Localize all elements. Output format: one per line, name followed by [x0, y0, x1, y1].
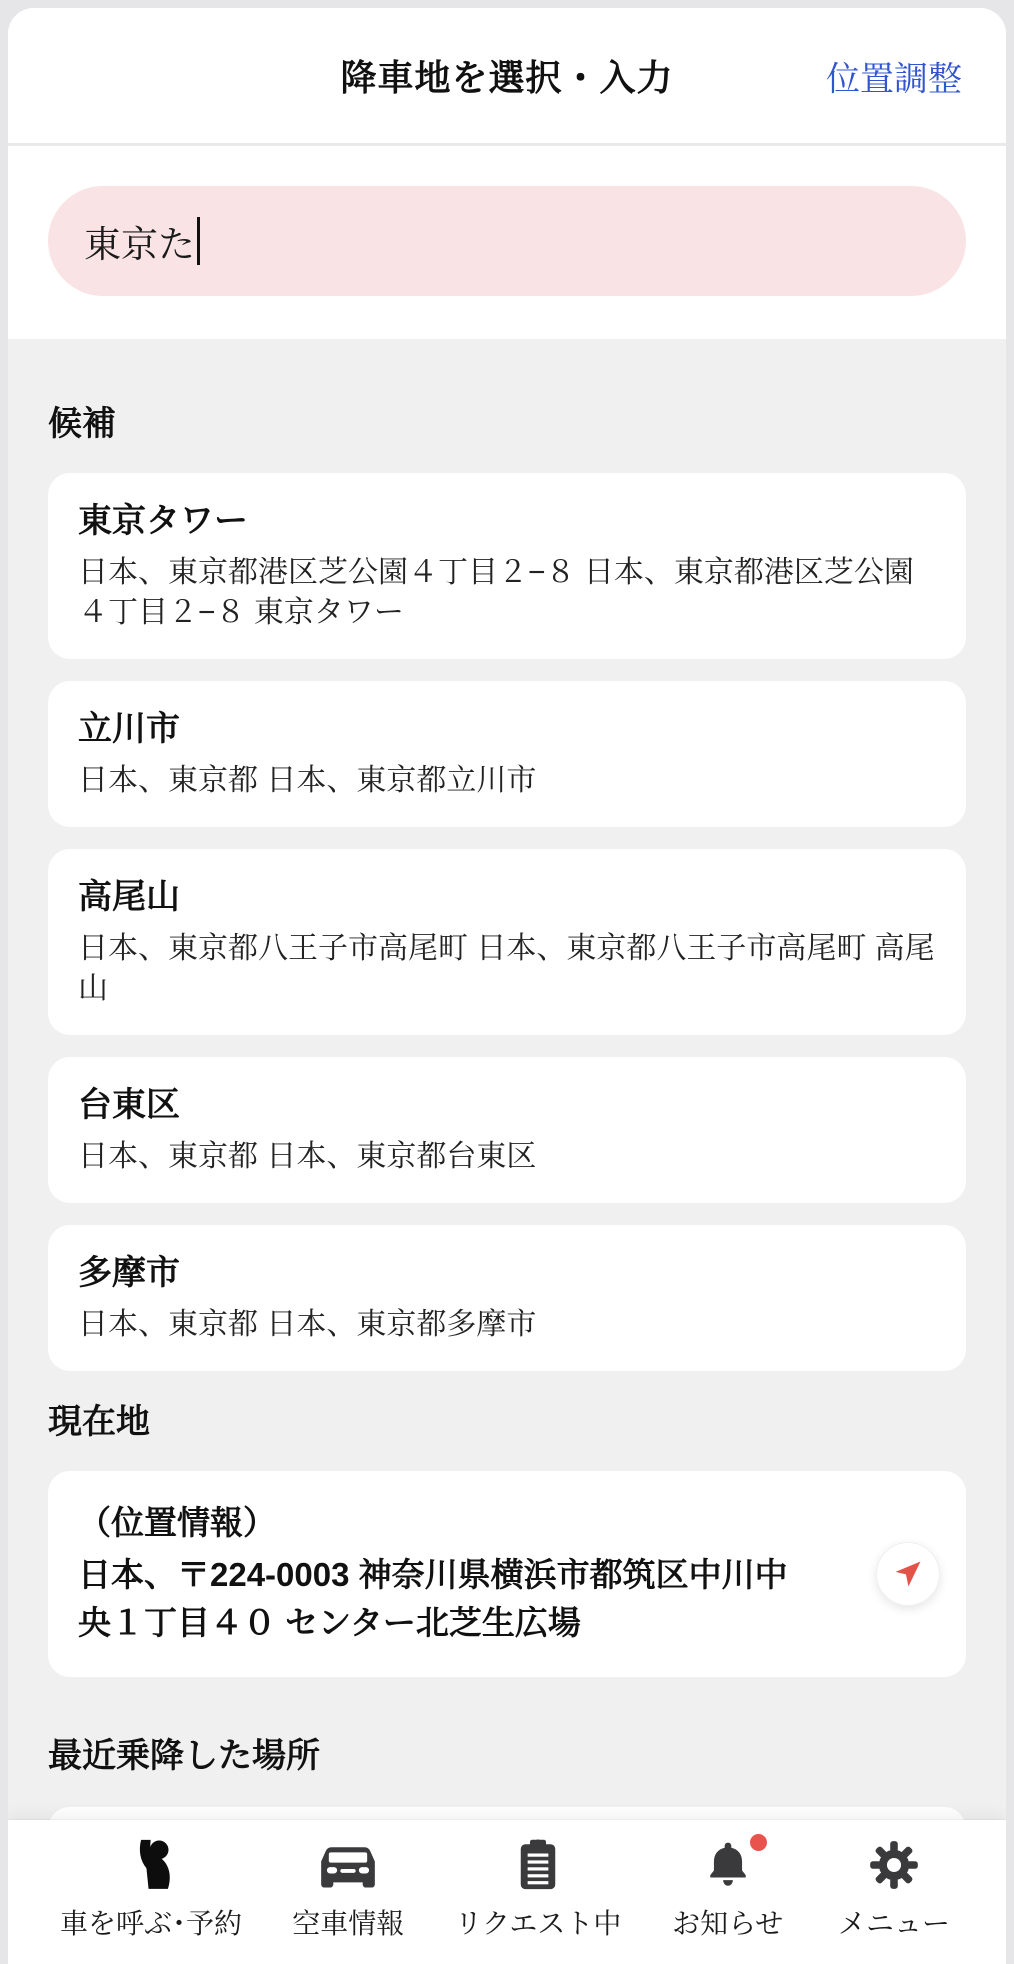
tab-notifications[interactable]: お知らせ: [668, 1836, 788, 1964]
tab-call-taxi[interactable]: 車を呼ぶ･予約: [60, 1836, 242, 1964]
current-location-address: 日本、〒224-0003 神奈川県横浜市都筑区中川中央１丁目４０ センター北芝生…: [78, 1551, 936, 1647]
tab-label: お知らせ: [672, 1902, 783, 1942]
recent-places-heading: 最近乗降した場所: [48, 1733, 966, 1779]
suggestions-heading: 候補: [48, 401, 966, 447]
suggestion-card[interactable]: 台東区 日本、東京都 日本、東京都台東区: [48, 1057, 966, 1203]
current-location-label: （位置情報）: [78, 1501, 936, 1545]
bottom-tab-bar: 車を呼ぶ･予約 空車情報: [8, 1820, 1006, 1964]
suggestion-title: 多摩市: [78, 1251, 936, 1295]
suggestion-address: 日本、東京都八王子市高尾町 日本、東京都八王子市高尾町 高尾山: [78, 929, 936, 1009]
location-picker-sheet: 降車地を選択・入力 位置調整 東京た 候補 東京タワー 日本、東京都港区芝公園４…: [8, 8, 1006, 1964]
tab-requesting[interactable]: リクエスト中: [455, 1836, 622, 1964]
tab-label: 空車情報: [292, 1902, 404, 1942]
tab-label: 車を呼ぶ･予約: [60, 1902, 242, 1942]
gear-icon: [868, 1838, 920, 1892]
suggestion-card[interactable]: 立川市 日本、東京都 日本、東京都立川市: [48, 681, 966, 827]
tab-vacant-cars[interactable]: 空車情報: [288, 1836, 408, 1964]
search-section: 東京た: [8, 146, 1006, 336]
adjust-position-link[interactable]: 位置調整: [826, 51, 962, 100]
suggestion-address: 日本、東京都 日本、東京都多摩市: [78, 1305, 936, 1345]
suggestion-card[interactable]: 高尾山 日本、東京都八王子市高尾町 日本、東京都八王子市高尾町 高尾山: [48, 849, 966, 1035]
destination-search-input[interactable]: 東京た: [48, 186, 966, 296]
suggestion-title: 東京タワー: [78, 499, 936, 543]
suggestion-title: 立川市: [78, 707, 936, 751]
header: 降車地を選択・入力 位置調整: [8, 8, 1006, 146]
tab-label: メニュー: [838, 1902, 950, 1942]
text-cursor: [197, 217, 200, 265]
suggestion-card[interactable]: 東京タワー 日本、東京都港区芝公園４丁目２−８ 日本、東京都港区芝公園４丁目２−…: [48, 473, 966, 659]
recenter-button[interactable]: [876, 1542, 940, 1606]
notification-badge-dot: [750, 1834, 767, 1851]
results-area[interactable]: 候補 東京タワー 日本、東京都港区芝公園４丁目２−８ 日本、東京都港区芝公園４丁…: [8, 339, 1006, 1964]
current-location-card[interactable]: （位置情報） 日本、〒224-0003 神奈川県横浜市都筑区中川中央１丁目４０ …: [48, 1471, 966, 1677]
suggestion-title: 台東区: [78, 1083, 936, 1127]
vacant-car-icon: [317, 1846, 379, 1892]
navigation-arrow-icon: [888, 1554, 928, 1594]
suggestion-address: 日本、東京都港区芝公園４丁目２−８ 日本、東京都港区芝公園４丁目２−８ 東京タワ…: [78, 553, 936, 633]
suggestion-address: 日本、東京都 日本、東京都台東区: [78, 1137, 936, 1177]
current-location-heading: 現在地: [48, 1399, 966, 1445]
tab-label: リクエスト中: [455, 1902, 622, 1942]
suggestion-title: 高尾山: [78, 875, 936, 919]
bell-icon: [703, 1838, 753, 1892]
suggestion-address: 日本、東京都 日本、東京都立川市: [78, 761, 936, 801]
request-list-icon: [515, 1838, 561, 1892]
suggestion-card[interactable]: 多摩市 日本、東京都 日本、東京都多摩市: [48, 1225, 966, 1371]
tab-menu[interactable]: メニュー: [834, 1836, 954, 1964]
search-input-value: 東京た: [84, 214, 195, 268]
page-title: 降車地を選択・入力: [340, 50, 673, 101]
hail-taxi-icon: [123, 1838, 179, 1892]
